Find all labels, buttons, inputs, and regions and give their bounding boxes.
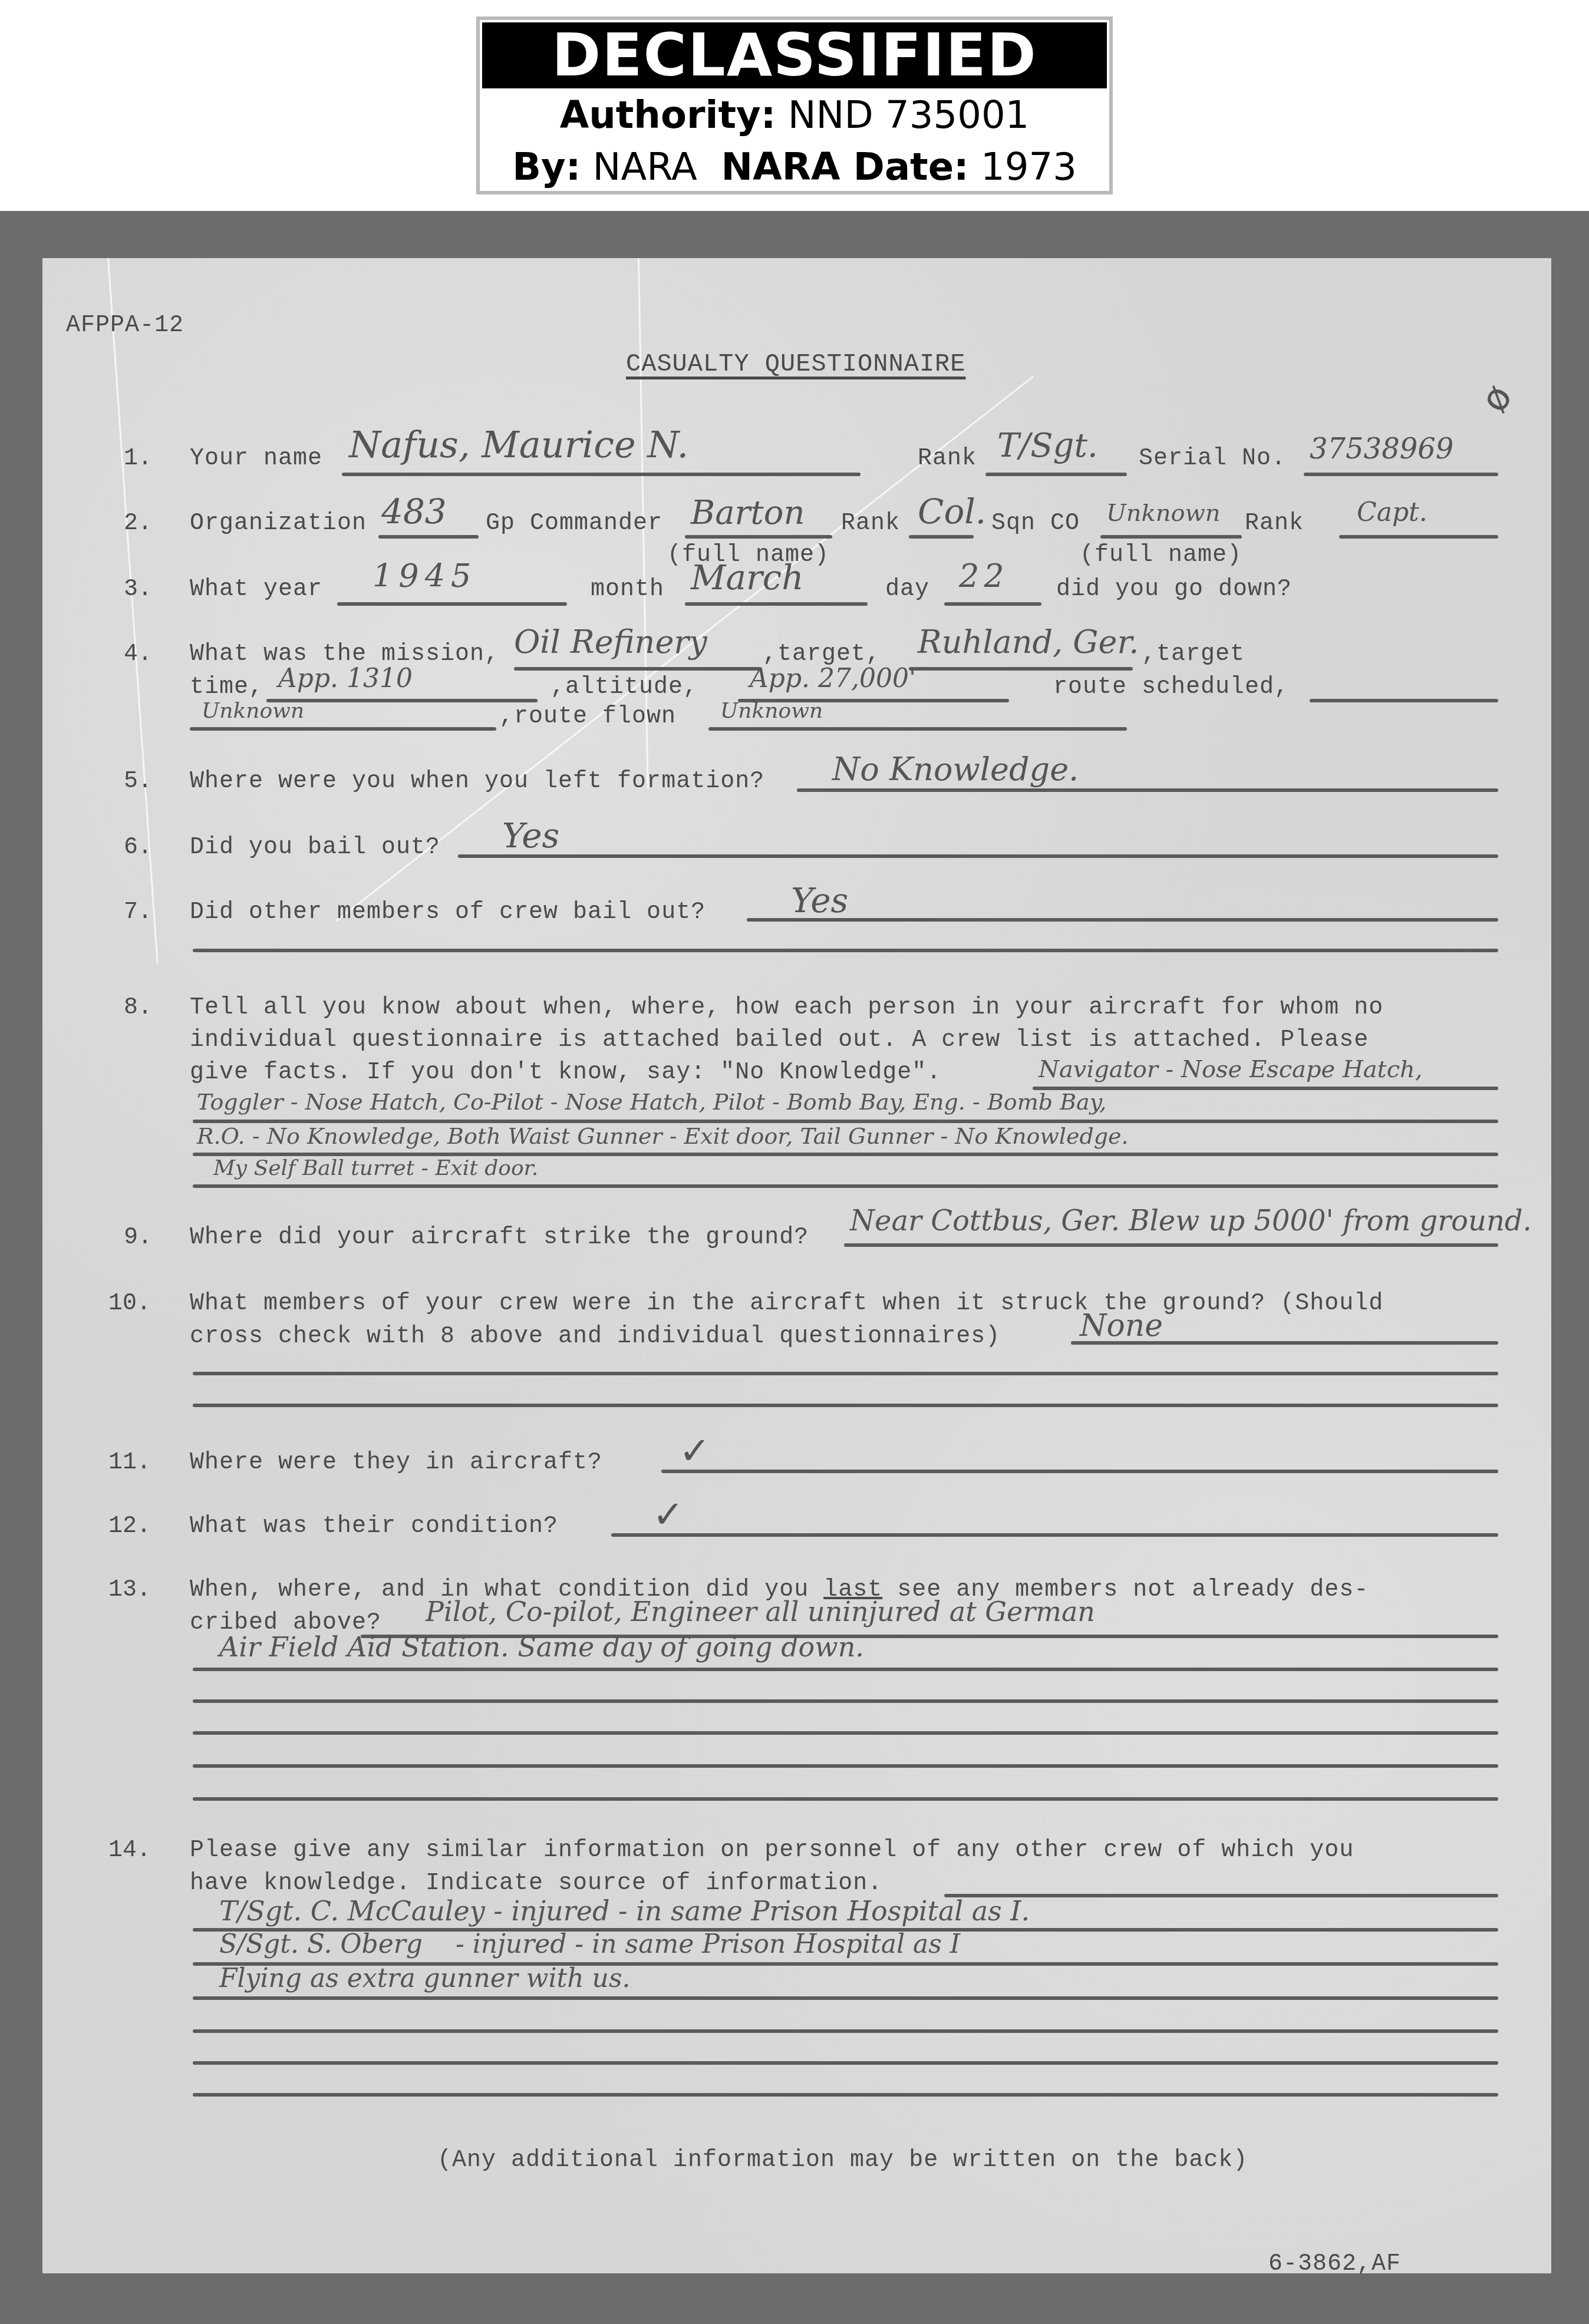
- q9-line: [844, 1243, 1498, 1247]
- q8-answer-line[interactable]: Navigator - Nose Escape Hatch,: [1039, 1056, 1423, 1083]
- q12-label: What was their condition?: [190, 1513, 558, 1540]
- q3-day-label: day: [885, 576, 929, 603]
- form-number: 6-3862,AF: [1268, 2251, 1401, 2277]
- q4-target-field[interactable]: Ruhland, Ger.: [918, 623, 1139, 661]
- q1-rank-label: Rank: [918, 445, 977, 472]
- q14-text-line: Please give any similar information on p…: [190, 1837, 1354, 1864]
- scan-frame: AFPPA-12 CASUALTY QUESTIONNAIRE ᴓ 1. You…: [0, 211, 1589, 2324]
- q2-sqn-hint: (full name): [1080, 542, 1242, 569]
- q6-label: Did you bail out?: [190, 834, 440, 861]
- q11-line: [661, 1470, 1498, 1473]
- q3-day-field[interactable]: 22: [959, 557, 1009, 595]
- q13-line: [193, 1731, 1498, 1735]
- q4-altitude-label: ,altitude,: [550, 674, 698, 701]
- q1-serial-field[interactable]: 37538969: [1310, 433, 1453, 466]
- questionnaire-page: AFPPA-12 CASUALTY QUESTIONNAIRE ᴓ 1. You…: [42, 258, 1551, 2273]
- q8-answer-line[interactable]: R.O. - No Knowledge, Both Waist Gunner -…: [197, 1123, 1129, 1149]
- q14-line: [193, 1996, 1498, 2000]
- q4-mission-line: [514, 667, 761, 671]
- q2-org-field[interactable]: 483: [381, 491, 447, 532]
- q4-mission-field[interactable]: Oil Refinery: [514, 623, 707, 661]
- q14-number: 14.: [108, 1837, 151, 1864]
- q7-label: Did other members of crew bail out?: [190, 899, 706, 926]
- declassified-stamp: DECLASSIFIED Authority: NND 735001 By: N…: [476, 16, 1113, 194]
- q2-sqn-rank-label: Rank: [1245, 510, 1304, 537]
- q3-year-field[interactable]: 1945: [372, 557, 477, 595]
- q4-route-scheduled-label: route scheduled,: [1053, 674, 1289, 701]
- q1-rank-line: [985, 473, 1127, 476]
- q8-answer-line[interactable]: My Self Ball turret - Exit door.: [213, 1156, 538, 1180]
- q9-label: Where did your aircraft strike the groun…: [190, 1224, 809, 1251]
- q4-number: 4.: [124, 641, 152, 668]
- q2-rank-field[interactable]: Col.: [918, 491, 986, 532]
- q10-text-line: cross check with 8 above and individual …: [190, 1323, 1000, 1350]
- q4-target-line: [909, 667, 1133, 671]
- q5-label: Where were you when you left formation?: [190, 768, 764, 795]
- q11-number: 11.: [108, 1450, 151, 1476]
- q2-sqn-label: Sqn CO: [991, 510, 1080, 537]
- q10-field[interactable]: None: [1080, 1308, 1163, 1343]
- q10-line: [1071, 1341, 1498, 1345]
- q3-suffix: did you go down?: [1056, 576, 1292, 603]
- q9-number: 9.: [124, 1224, 152, 1251]
- q3-year-line: [337, 602, 567, 606]
- q7-field[interactable]: Yes: [791, 880, 848, 920]
- q13-line: [193, 1764, 1498, 1768]
- q6-field[interactable]: Yes: [502, 816, 559, 856]
- q10-line-2: [193, 1372, 1498, 1375]
- q4-route-scheduled-line-2: [190, 727, 496, 731]
- by-label: By:: [512, 146, 581, 189]
- q10-line-3: [193, 1404, 1498, 1407]
- q2-sqn-field[interactable]: Unknown: [1106, 500, 1221, 527]
- q8-text-line: Tell all you know about when, where, how…: [190, 995, 1383, 1021]
- q12-line: [611, 1533, 1498, 1537]
- q6-line: [458, 854, 1498, 858]
- q1-serial-line: [1304, 473, 1498, 476]
- q1-number: 1.: [124, 445, 152, 472]
- q12-checkmark-icon[interactable]: ✓: [652, 1493, 684, 1537]
- q2-sqn-line: [1100, 535, 1242, 539]
- stamp-by: By: NARA NARA Date: 1973: [480, 143, 1109, 192]
- corner-mark-icon: ᴓ: [1477, 372, 1521, 423]
- q5-line: [797, 788, 1498, 792]
- q4-time-line: [266, 699, 538, 702]
- q1-serial-label: Serial No.: [1139, 445, 1286, 472]
- q4-time-field[interactable]: App. 1310: [278, 663, 413, 694]
- form-title: CASUALTY QUESTIONNAIRE: [626, 350, 966, 378]
- q13-number: 13.: [108, 1577, 151, 1603]
- q8-text-line: give facts. If you don't know, say: "No …: [190, 1059, 941, 1086]
- q13-line: [193, 1668, 1498, 1671]
- q5-field[interactable]: No Knowledge.: [832, 751, 1079, 788]
- date-value: 1973: [981, 146, 1077, 189]
- q14-line: [193, 2029, 1498, 2033]
- q4-time-label: time,: [190, 674, 263, 701]
- q8-number: 8.: [124, 995, 152, 1021]
- q8-text-line: individual questionnaire is attached bai…: [190, 1027, 1369, 1054]
- q7-line: [747, 918, 1498, 922]
- q13-line: [193, 1699, 1498, 1703]
- date-label: NARA Date:: [721, 146, 969, 189]
- q2-org-line: [378, 535, 479, 539]
- authority-value: NND 735001: [788, 94, 1030, 137]
- q4-route-flown-line: [708, 727, 1127, 731]
- q14-answer-line[interactable]: T/Sgt. C. McCauley - injured - in same P…: [219, 1895, 1030, 1927]
- stamp-title: DECLASSIFIED: [482, 22, 1107, 88]
- q3-year-label: What year: [190, 576, 322, 603]
- q1-name-line: [342, 473, 861, 476]
- stamp-authority: Authority: NND 735001: [480, 91, 1109, 140]
- q4-altitude-field[interactable]: App. 27,000': [750, 663, 916, 694]
- q3-day-line: [944, 602, 1041, 606]
- q5-number: 5.: [124, 768, 152, 795]
- q13-answer-line[interactable]: Air Field Aid Station. Same day of going…: [219, 1631, 864, 1663]
- q4-route-scheduled-field[interactable]: Unknown: [202, 699, 304, 723]
- q4-route-flown-label: ,route flown: [499, 704, 676, 730]
- q9-field[interactable]: Near Cottbus, Ger. Blew up 5000' from gr…: [850, 1204, 1532, 1237]
- q4-route-scheduled-line: [1310, 699, 1498, 702]
- q3-number: 3.: [124, 576, 152, 603]
- by-value: NARA: [593, 146, 697, 189]
- q11-checkmark-icon[interactable]: ✓: [679, 1430, 711, 1473]
- q4-target-time-label: ,target: [1142, 641, 1245, 668]
- q14-answer-line[interactable]: S/Sgt. S. Oberg - injured - in same Pris…: [219, 1929, 960, 1959]
- q2-sqn-rank-field[interactable]: Capt.: [1357, 497, 1428, 527]
- q6-number: 6.: [124, 834, 152, 861]
- q14-line: [193, 2061, 1498, 2065]
- q11-label: Where were they in aircraft?: [190, 1450, 602, 1476]
- q10-text-line: What members of your crew were in the ai…: [190, 1290, 1383, 1317]
- q1-name-label: Your name: [190, 445, 322, 472]
- q2-cmdr-field[interactable]: Barton: [691, 494, 805, 532]
- q14-text-line: have knowledge. Indicate source of infor…: [190, 1870, 882, 1897]
- q14-line: [193, 2093, 1498, 2097]
- footer-note: (Any additional information may be writt…: [437, 2147, 1248, 2174]
- q2-number: 2.: [124, 510, 152, 537]
- q8-answer-line[interactable]: Toggler - Nose Hatch, Co-Pilot - Nose Ha…: [197, 1089, 1106, 1115]
- q10-number: 10.: [108, 1290, 151, 1317]
- q7-line-2: [193, 949, 1498, 952]
- q1-rank-field[interactable]: T/Sgt.: [997, 427, 1098, 465]
- q7-number: 7.: [124, 899, 152, 926]
- q14-answer-line[interactable]: Flying as extra gunner with us.: [219, 1963, 631, 1993]
- q4-route-flown-field[interactable]: Unknown: [720, 699, 823, 723]
- q2-org-label: Organization: [190, 510, 367, 537]
- q2-cmdr-line: [685, 535, 832, 539]
- q8-line: [193, 1184, 1498, 1188]
- q3-month-field[interactable]: March: [691, 557, 804, 597]
- q1-name-field[interactable]: Nafus, Maurice N.: [349, 423, 688, 466]
- q2-rank-label: Rank: [841, 510, 900, 537]
- q13-answer-line[interactable]: Pilot, Co-pilot, Engineer all uninjured …: [426, 1596, 1095, 1628]
- authority-label: Authority:: [560, 94, 776, 137]
- q2-cmdr-label: Gp Commander: [486, 510, 662, 537]
- q2-rank-line: [909, 535, 974, 539]
- q3-month-line: [685, 602, 868, 606]
- q3-month-label: month: [591, 576, 664, 603]
- q12-number: 12.: [108, 1513, 151, 1540]
- q13-line: [193, 1797, 1498, 1801]
- form-id: AFPPA-12: [66, 312, 184, 339]
- q2-sqn-rank-line: [1339, 535, 1498, 539]
